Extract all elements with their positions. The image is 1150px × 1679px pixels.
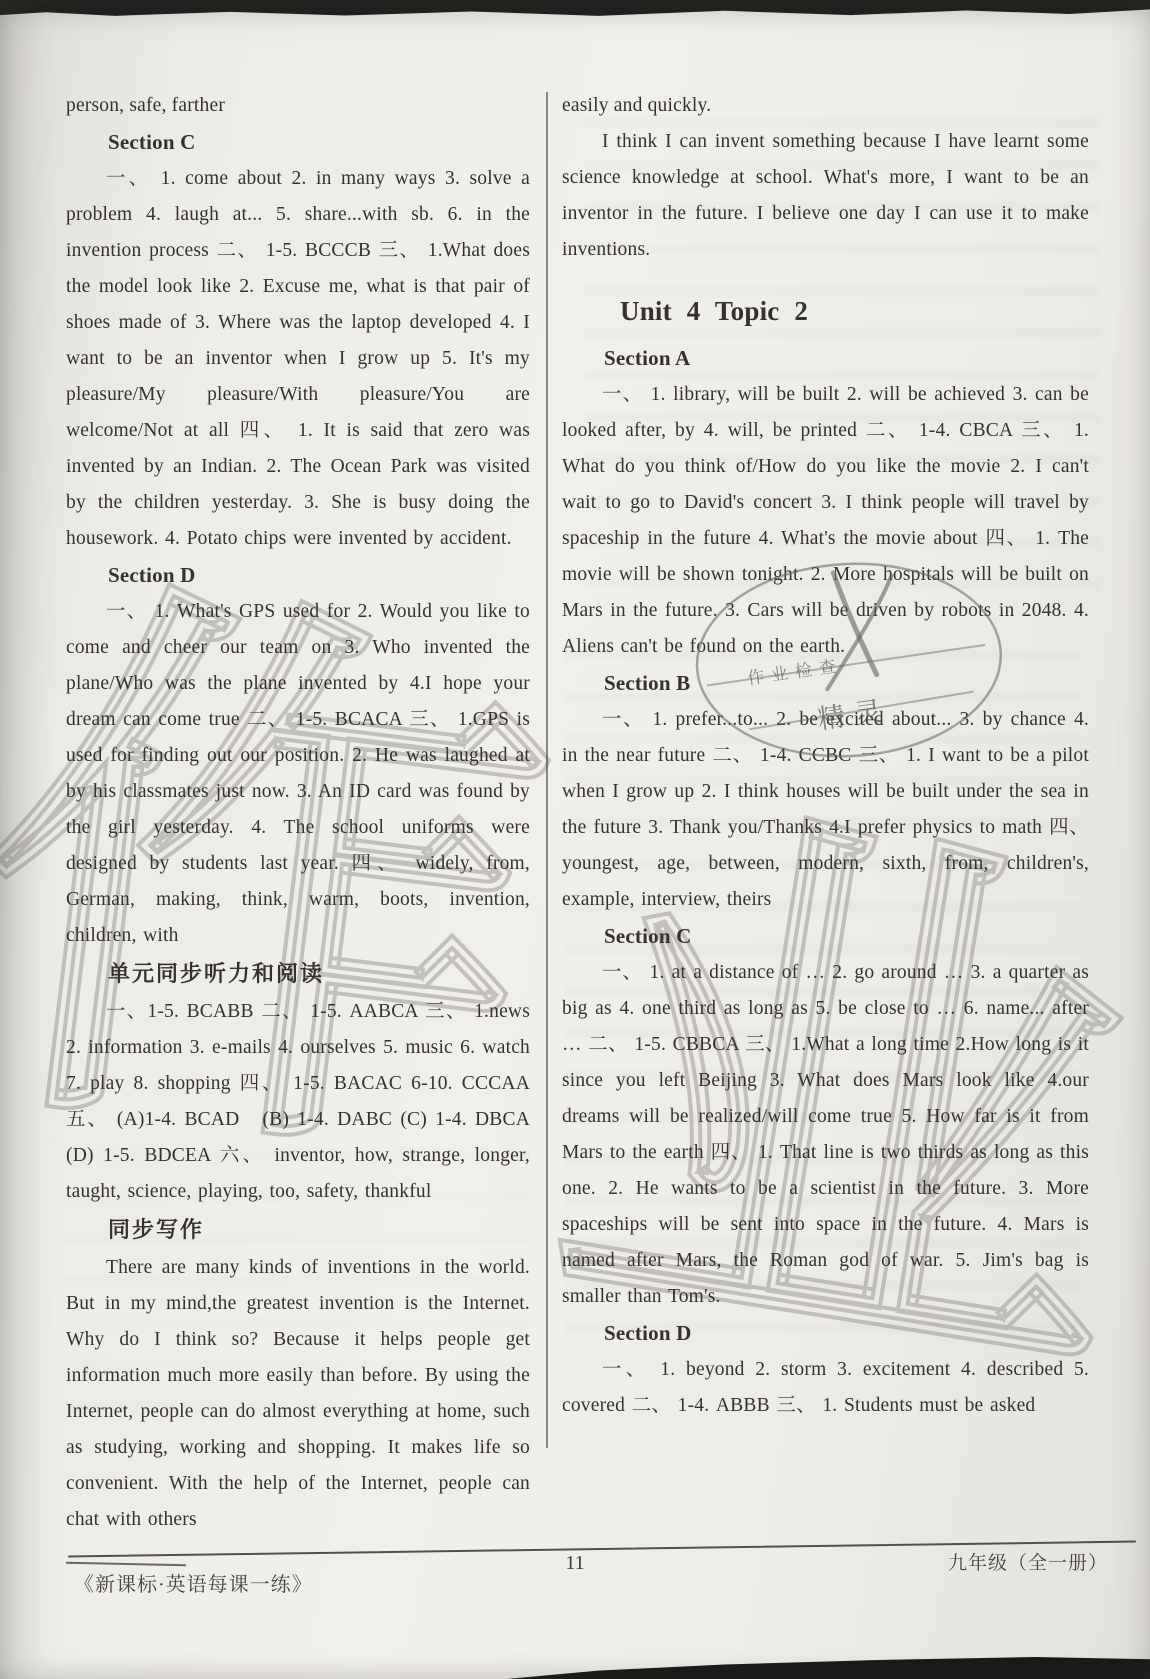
section-heading: Section D	[562, 1315, 1089, 1352]
footer-page-number: 11	[540, 1552, 610, 1575]
answer-paragraph: There are many kinds of inventions in th…	[66, 1250, 530, 1538]
section-heading: Unit 4 Topic 2	[562, 286, 1089, 336]
scanned-workbook-page: 作 业 person, safe, fartherSection C一、 1. …	[0, 0, 1150, 1679]
answer-paragraph: 一、 1. beyond 2. storm 3. excitement 4. d…	[562, 1352, 1089, 1424]
answer-paragraph: easily and quickly.	[562, 88, 1089, 124]
left-text-column: person, safe, fartherSection C一、 1. come…	[66, 88, 530, 1538]
section-heading: Section A	[562, 340, 1089, 377]
footer-edition-label: 九年级（全一册）	[948, 1548, 1108, 1575]
section-heading: Section C	[562, 918, 1089, 955]
footer-rule-fragment	[66, 1562, 186, 1567]
column-divider	[546, 92, 548, 1448]
footer-book-title: 《新课标·英语每课一练》	[74, 1568, 313, 1597]
scan-edge-top	[0, 0, 1150, 18]
answer-paragraph: person, safe, farther	[66, 88, 530, 124]
answer-paragraph: I think I can invent something because I…	[562, 124, 1089, 268]
section-heading: Section C	[66, 124, 530, 161]
answer-paragraph: 一、 1. come about 2. in many ways 3. solv…	[66, 161, 530, 557]
answer-paragraph: 一、 1. What's GPS used for 2. Would you l…	[66, 594, 530, 954]
answer-paragraph: 一、1-5. BCABB 二、 1-5. AABCA 三、 1.news 2. …	[66, 994, 530, 1210]
section-heading: 单元同步听力和阅读	[66, 954, 530, 994]
section-heading: Section B	[562, 665, 1089, 702]
answer-paragraph: 一、 1. library, will be built 2. will be …	[562, 377, 1089, 665]
right-text-column: easily and quickly.I think I can invent …	[562, 88, 1089, 1424]
answer-paragraph: 一、 1. prefer...to... 2. be excited about…	[562, 702, 1089, 918]
scan-edge-bottom	[0, 1657, 1150, 1679]
answer-paragraph: 一、 1. at a distance of … 2. go around … …	[562, 955, 1089, 1315]
section-heading: Section D	[66, 557, 530, 594]
section-heading: 同步写作	[66, 1210, 530, 1250]
